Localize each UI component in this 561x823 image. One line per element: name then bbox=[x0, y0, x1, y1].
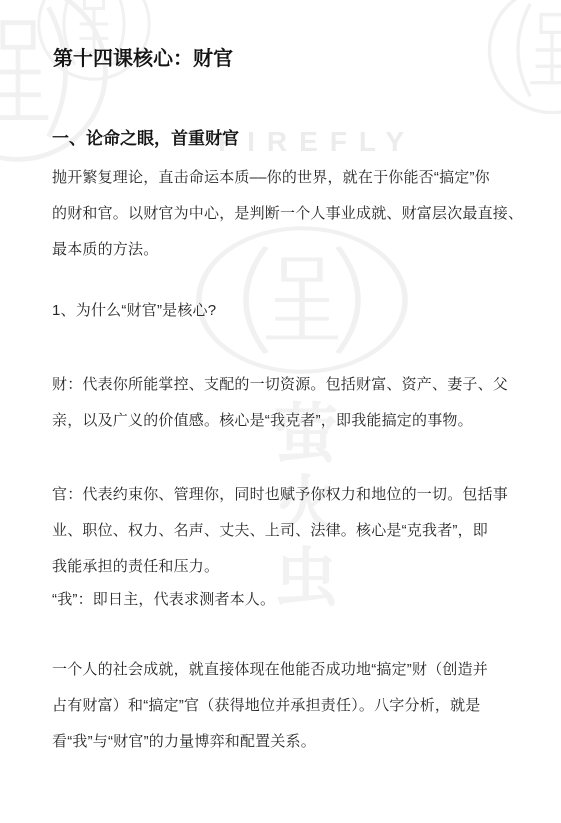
seal-watermark-top-right bbox=[489, 0, 561, 113]
paragraph-officer-definition: 官：代表约束你、管理你，同时也赋予你权力和地位的一切。包括事 业、职位、权力、名… bbox=[52, 477, 534, 585]
paragraph-question: 1、为什么“财官”是核心? bbox=[52, 293, 534, 329]
paragraph-self-definition: “我”：即日主，代表求测者本人。 bbox=[52, 582, 534, 618]
firefly-latin-watermark: FIREFLY bbox=[218, 126, 416, 158]
document-page: FIREFLY 萤 火 虫 第十四课核心：财官 一、论命之眼，首重财官 抛开繁复… bbox=[0, 0, 561, 823]
page-title: 第十四课核心：财官 bbox=[53, 46, 233, 72]
paragraph-wealth-definition: 财：代表你所能掌控、支配的一切资源。包括财富、资产、妻子、父 亲，以及广义的价值… bbox=[52, 367, 534, 439]
section-heading: 一、论命之眼，首重财官 bbox=[52, 127, 239, 151]
paragraph-summary: 一个人的社会成就，就直接体现在他能否成功地“搞定”财（创造并 占有财富）和“搞定… bbox=[52, 652, 534, 760]
paragraph-intro: 抛开繁复理论，直击命运本质––你的世界，就在于你能否“搞定”你 的财和官。以财官… bbox=[52, 160, 534, 268]
